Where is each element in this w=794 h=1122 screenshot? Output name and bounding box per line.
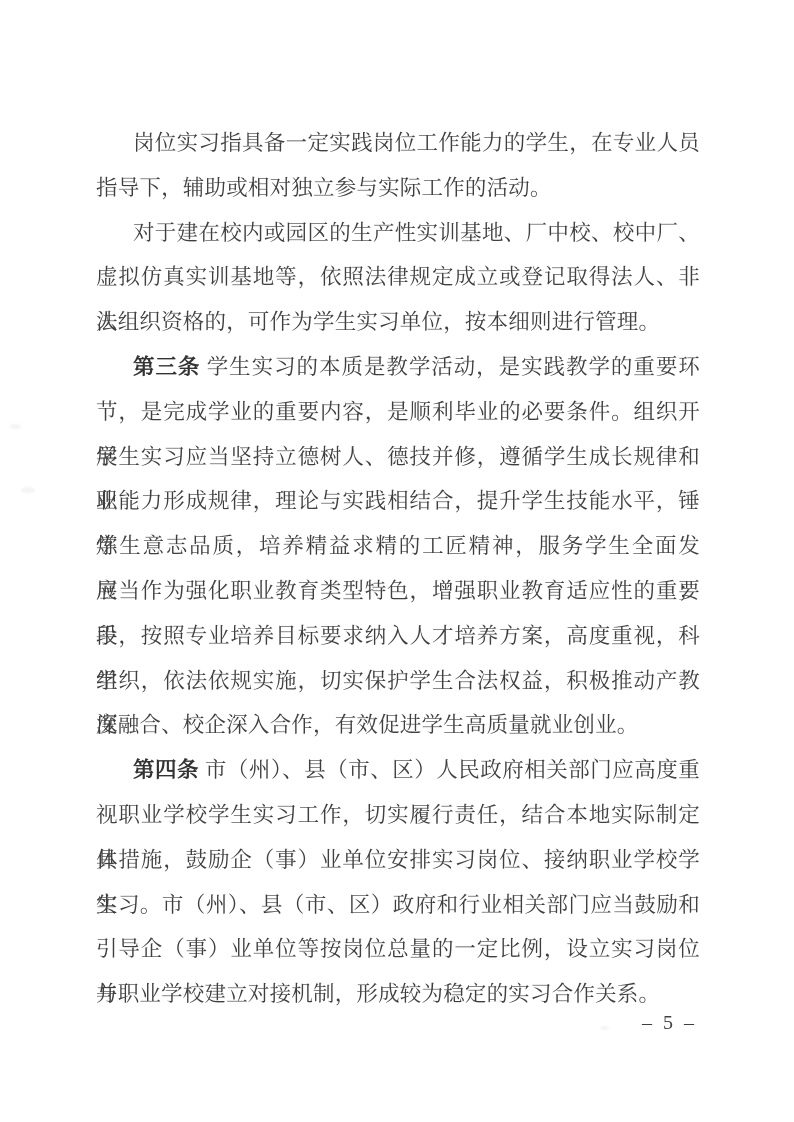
line-text: 市（州）、县（市、区）人民政府相关部门应高度重 xyxy=(199,758,700,782)
line-text: 与职业学校建立对接机制，形成较为稳定的实习合作关系。 xyxy=(96,982,660,1006)
scan-speck xyxy=(10,424,21,429)
text-line: 体措施，鼓励企（事）业单位安排实习岗位、接纳职业学校学生 xyxy=(96,838,700,883)
text-line: 与职业学校建立对接机制，形成较为稳定的实习合作关系。 xyxy=(96,972,700,1017)
text-line: 业能力形成规律，理论与实践相结合，提升学生技能水平，锤炼 xyxy=(96,479,700,524)
text-line: 引导企（事）业单位等按岗位总量的一定比例，设立实习岗位并 xyxy=(96,927,700,972)
text-line: 视职业学校学生实习工作，切实履行责任，结合本地实际制定具 xyxy=(96,793,700,838)
text-line: 段，按照专业培养目标要求纳入人才培养方案，高度重视，科学 xyxy=(96,614,700,659)
text-line: 第三条 学生实习的本质是教学活动，是实践教学的重要环 xyxy=(96,345,700,390)
page-number: – 5 – xyxy=(642,1008,697,1038)
text-line: 虚拟仿真实训基地等，依照法律规定成立或登记取得法人、非法 xyxy=(96,255,700,300)
line-text: 学生实习的本质是教学活动，是实践教学的重要环 xyxy=(200,355,700,379)
text-line: 学生实习应当坚持立德树人、德技并修，遵循学生成长规律和职 xyxy=(96,435,700,480)
line-text: 指导下，辅助或相对独立参与实际工作的活动。 xyxy=(96,176,552,200)
text-line: 实习。市（州）、县（市、区）政府和行业相关部门应当鼓励和 xyxy=(96,883,700,928)
line-text: 人组织资格的，可作为学生实习单位，按本细则进行管理。 xyxy=(96,310,660,334)
scan-speck xyxy=(600,1026,609,1030)
document-body: 岗位实习指具备一定实践岗位工作能力的学生，在专业人员 指导下，辅助或相对独立参与… xyxy=(96,121,700,1017)
line-text: 岗位实习指具备一定实践岗位工作能力的学生，在专业人员 xyxy=(133,131,700,155)
text-line: 第四条 市（州）、县（市、区）人民政府相关部门应高度重 xyxy=(96,748,700,793)
text-line: 应当作为强化职业教育类型特色，增强职业教育适应性的重要手 xyxy=(96,569,700,614)
document-page: 岗位实习指具备一定实践岗位工作能力的学生，在专业人员 指导下，辅助或相对独立参与… xyxy=(0,0,794,1122)
text-line: 岗位实习指具备一定实践岗位工作能力的学生，在专业人员 xyxy=(96,121,700,166)
text-line: 度融合、校企深入合作，有效促进学生高质量就业创业。 xyxy=(96,703,700,748)
line-text: 实习。市（州）、县（市、区）政府和行业相关部门应当鼓励和 xyxy=(96,893,700,917)
line-text: 度融合、校企深入合作，有效促进学生高质量就业创业。 xyxy=(96,713,639,737)
text-line: 学生意志品质，培养精益求精的工匠精神，服务学生全面发展； xyxy=(96,524,700,569)
article-number-label: 第三条 xyxy=(133,355,200,379)
text-line: 指导下，辅助或相对独立参与实际工作的活动。 xyxy=(96,166,700,211)
text-line: 对于建在校内或园区的生产性实训基地、厂中校、校中厂、 xyxy=(96,211,700,256)
line-text: 对于建在校内或园区的生产性实训基地、厂中校、校中厂、 xyxy=(133,221,700,245)
text-line: 人组织资格的，可作为学生实习单位，按本细则进行管理。 xyxy=(96,300,700,345)
text-line: 节，是完成学业的重要内容，是顺利毕业的必要条件。组织开展 xyxy=(96,390,700,435)
article-number-label: 第四条 xyxy=(133,758,199,782)
scan-speck xyxy=(21,487,35,493)
text-line: 组织，依法依规实施，切实保护学生合法权益，积极推动产教深 xyxy=(96,659,700,704)
